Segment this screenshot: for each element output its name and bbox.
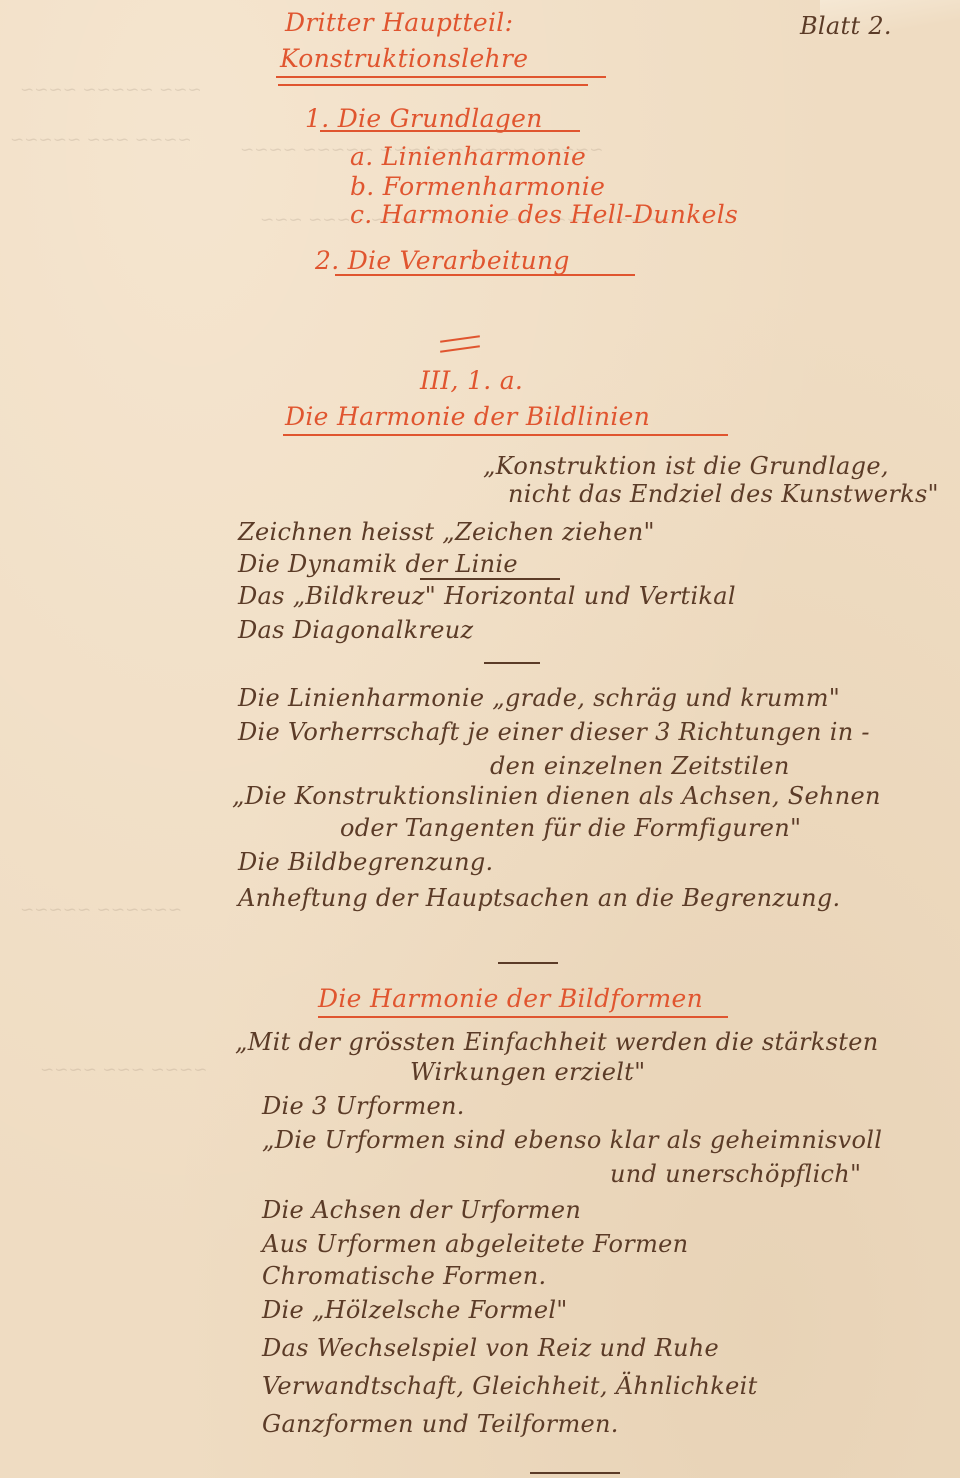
list-item: Die Vorherrschaft je einer dieser 3 Rich… [238,718,870,746]
part-b-underline [318,1016,728,1018]
list-item: Die Dynamik der Linie [238,550,518,578]
part-b-quote-1: „Mit der grössten Einfachheit werden die… [235,1028,878,1056]
title-line-2: Konstruktionslehre [280,44,528,73]
outline-section-1: 1. Die Grundlagen [305,104,543,133]
manuscript-page: ~~~ ~~~~~ ~~~~ ~~~~ ~~~ ~~~~~ ~~~~~ ~~~~… [0,0,960,1478]
list-item: Aus Urformen abgeleitete Formen [262,1230,688,1258]
part-a-underline [283,434,728,436]
list-item: Die „Hölzelsche Formel" [262,1296,568,1324]
list-item: „Die Urformen sind ebenso klar als gehei… [262,1126,882,1154]
list-item-continued: den einzelnen Zeitstilen [490,752,790,780]
separator [530,1472,620,1474]
part-a-heading: Die Harmonie der Bildlinien [285,402,650,431]
list-item: Anheftung der Hauptsachen an die Begrenz… [238,884,840,912]
list-item: Ganzformen und Teilformen. [262,1410,619,1438]
list-item: „Die Konstruktionslinien dienen als Achs… [232,782,881,810]
list-item: Verwandtschaft, Gleichheit, Ähnlichkeit [262,1372,758,1400]
title-underline-2 [278,84,588,86]
list-item: Die 3 Urformen. [262,1092,465,1120]
part-a-quote-1: „Konstruktion ist die Grundlage, [483,452,889,480]
list-item: Das Diagonalkreuz [238,616,473,644]
section-1-underline [320,130,580,132]
item-underline [420,578,560,580]
list-item: Zeichnen heisst „Zeichen ziehen" [238,518,655,546]
bleed-through-text: ~~~~ ~~~ ~~~~~ [10,130,192,150]
bleed-through-text: ~~~~ ~~~ ~~~~ [40,1060,208,1080]
part-b-heading: Die Harmonie der Bildformen [318,984,703,1013]
part-a-mark: III, 1. a. [420,366,523,395]
cross-mark [440,335,480,343]
list-item-continued: und unerschöpflich" [610,1160,861,1188]
page-label: Blatt 2. [800,12,892,40]
outline-sub-c: c. Harmonie des Hell-Dunkels [350,200,738,229]
outline-sub-a: a. Linienharmonie [350,142,586,171]
bleed-through-text: ~~~~~~ ~~~~~ [20,900,182,920]
title-underline [276,76,606,78]
title-line-1: Dritter Hauptteil: [285,8,513,37]
separator [498,962,558,964]
part-a-quote-2: nicht das Endziel des Kunstwerks" [508,480,939,508]
part-b-quote-2: Wirkungen erzielt" [410,1058,645,1086]
list-item: Die Achsen der Urformen [262,1196,581,1224]
section-2-underline [335,274,635,276]
list-item-continued: oder Tangenten für die Formfiguren" [340,814,801,842]
list-item: Die Bildbegrenzung. [238,848,493,876]
list-item: Das Wechselspiel von Reiz und Ruhe [262,1334,719,1362]
outline-sub-b: b. Formenharmonie [350,172,605,201]
list-item: Die Linienharmonie „grade, schräg und kr… [238,684,840,712]
cross-mark [440,345,480,353]
outline-section-2: 2. Die Verarbeitung [315,246,570,275]
list-item: Das „Bildkreuz" Horizontal und Vertikal [238,582,736,610]
list-item: Chromatische Formen. [262,1262,546,1290]
separator [484,662,540,664]
bleed-through-text: ~~~ ~~~~~ ~~~~ [20,80,202,100]
